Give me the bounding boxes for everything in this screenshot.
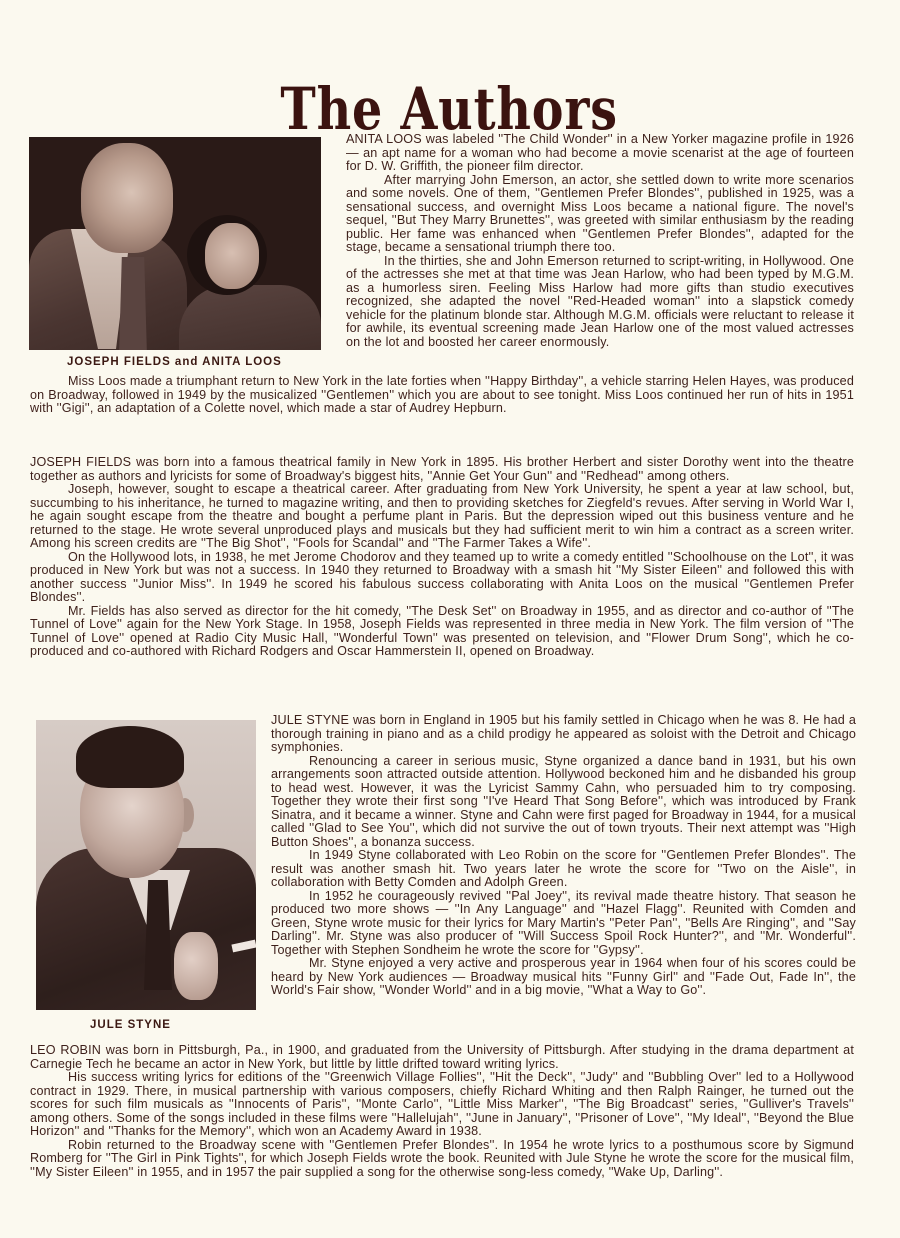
photo-caption-fields-loos: JOSEPH FIELDS and ANITA LOOS	[67, 356, 282, 368]
robin-paragraph-3: Robin returned to the Broadway scene wit…	[30, 1139, 854, 1180]
photo-figure-head	[81, 143, 173, 253]
fields-paragraph-4: Mr. Fields has also served as director f…	[30, 605, 854, 659]
photo-figure-hand	[174, 932, 218, 1000]
fields-bio: JOSEPH FIELDS was born into a famous the…	[30, 456, 854, 659]
photo-figure-tie	[144, 880, 172, 990]
styne-paragraph-1: JULE STYNE was born in England in 1905 b…	[271, 714, 856, 755]
styne-bio: JULE STYNE was born in England in 1905 b…	[271, 714, 856, 998]
photo-figure-woman	[179, 285, 321, 350]
loos-bio-column: ANITA LOOS was labeled ''The Child Wonde…	[346, 133, 854, 349]
robin-paragraph-1: LEO ROBIN was born in Pittsburgh, Pa., i…	[30, 1044, 854, 1071]
styne-paragraph-3: In 1949 Styne collaborated with Leo Robi…	[271, 849, 856, 890]
styne-paragraph-2: Renouncing a career in serious music, St…	[271, 755, 856, 850]
loos-bio-full: Miss Loos made a triumphant return to Ne…	[30, 375, 854, 416]
loos-paragraph-1: ANITA LOOS was labeled ''The Child Wonde…	[346, 133, 854, 174]
loos-paragraph-2: After marrying John Emerson, an actor, s…	[346, 174, 854, 255]
photo-fields-and-loos	[29, 137, 321, 350]
fields-paragraph-3: On the Hollywood lots, in 1938, he met J…	[30, 551, 854, 605]
fields-paragraph-1: JOSEPH FIELDS was born into a famous the…	[30, 456, 854, 483]
photo-caption-styne: JULE STYNE	[90, 1019, 171, 1031]
loos-paragraph-4: Miss Loos made a triumphant return to Ne…	[30, 375, 854, 416]
photo-figure-tie	[119, 257, 147, 350]
photo-jule-styne	[36, 720, 256, 1010]
robin-bio: LEO ROBIN was born in Pittsburgh, Pa., i…	[30, 1044, 854, 1179]
fields-paragraph-2: Joseph, however, sought to escape a thea…	[30, 483, 854, 551]
photo-figure-face	[205, 223, 259, 289]
photo-figure-hair	[76, 726, 184, 788]
styne-paragraph-5: Mr. Styne enjoyed a very active and pros…	[271, 957, 856, 998]
robin-paragraph-2: His success writing lyrics for editions …	[30, 1071, 854, 1139]
loos-paragraph-3: In the thirties, she and John Emerson re…	[346, 255, 854, 350]
styne-paragraph-4: In 1952 he courageously revived ''Pal Jo…	[271, 890, 856, 958]
